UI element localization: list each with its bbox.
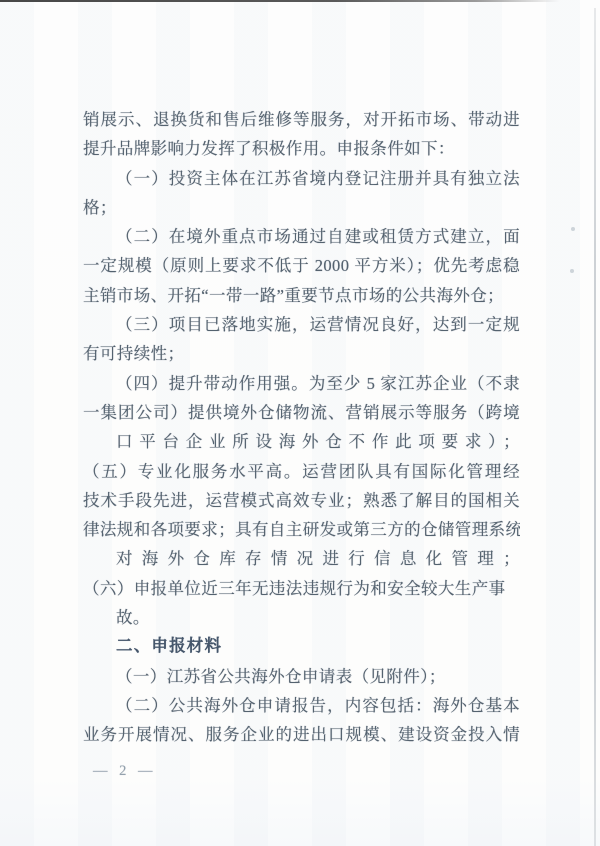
body-line: （五）专业化服务水平高。运营团队具有国际化管理经验、 — [83, 457, 520, 486]
body-line: 格； — [83, 193, 520, 222]
scan-top-edge-line — [0, 0, 560, 2]
body-line: 口平台企业所设海外仓不作此项要求）； — [83, 427, 520, 456]
body-line: （四）提升带动作用强。为至少 5 家江苏企业（不隶属于同 — [83, 369, 520, 398]
body-line: 提升品牌影响力发挥了积极作用。申报条件如下： — [83, 134, 520, 163]
body-line: 销展示、退换货和售后维修等服务，对开拓市场、带动进出口， — [83, 105, 520, 134]
body-line: （二）公共海外仓申请报告，内容包括：海外仓基本情况、 — [83, 691, 520, 720]
body-line: （一）投资主体在江苏省境内登记注册并具有独立法人资 — [83, 164, 520, 193]
scan-artifact-dot — [570, 269, 574, 273]
body-line: 一定规模（原则上要求不低于 2000 平方米）；优先考虑稳定传统 — [83, 251, 520, 280]
scan-artifact-dot — [571, 227, 575, 231]
page-number: — 2 — — [93, 763, 157, 780]
body-line: 主销市场、开拓“一带一路”重要节点市场的公共海外仓； — [83, 281, 520, 310]
section-heading: 二、申报材料 — [83, 632, 520, 661]
body-line: 技术手段先进，运营模式高效专业；熟悉了解目的国相关政策法 — [83, 486, 520, 515]
body-line: 业务开展情况、服务企业的进出口规模、建设资金投入情况、营 — [83, 720, 520, 749]
body-line: （六）申报单位近三年无违法违规行为和安全较大生产事 — [83, 574, 520, 603]
body-line: 对海外仓库存情况进行信息化管理； — [83, 544, 520, 573]
body-line: （二）在境外重点市场通过自建或租赁方式建立，面积达到 — [83, 222, 520, 251]
body-line: 律法规和各项要求；具有自主研发或第三方的仓储管理系统，可 — [83, 515, 520, 544]
body-line: （三）项目已落地实施，运营情况良好，达到一定规模，具 — [83, 310, 520, 339]
body-line: 故。 — [83, 603, 520, 632]
scan-right-edge-line — [594, 8, 596, 846]
document-body: 销展示、退换货和售后维修等服务，对开拓市场、带动进出口， 提升品牌影响力发挥了积… — [83, 105, 520, 750]
body-line: （一）江苏省公共海外仓申请表（见附件）； — [83, 662, 520, 691]
body-line: 有可持续性； — [83, 339, 520, 368]
scanned-document-page: 销展示、退换货和售后维修等服务，对开拓市场、带动进出口， 提升品牌影响力发挥了积… — [0, 0, 600, 846]
body-line: 一集团公司）提供境外仓储物流、营销展示等服务（跨境电商进 — [83, 398, 520, 427]
